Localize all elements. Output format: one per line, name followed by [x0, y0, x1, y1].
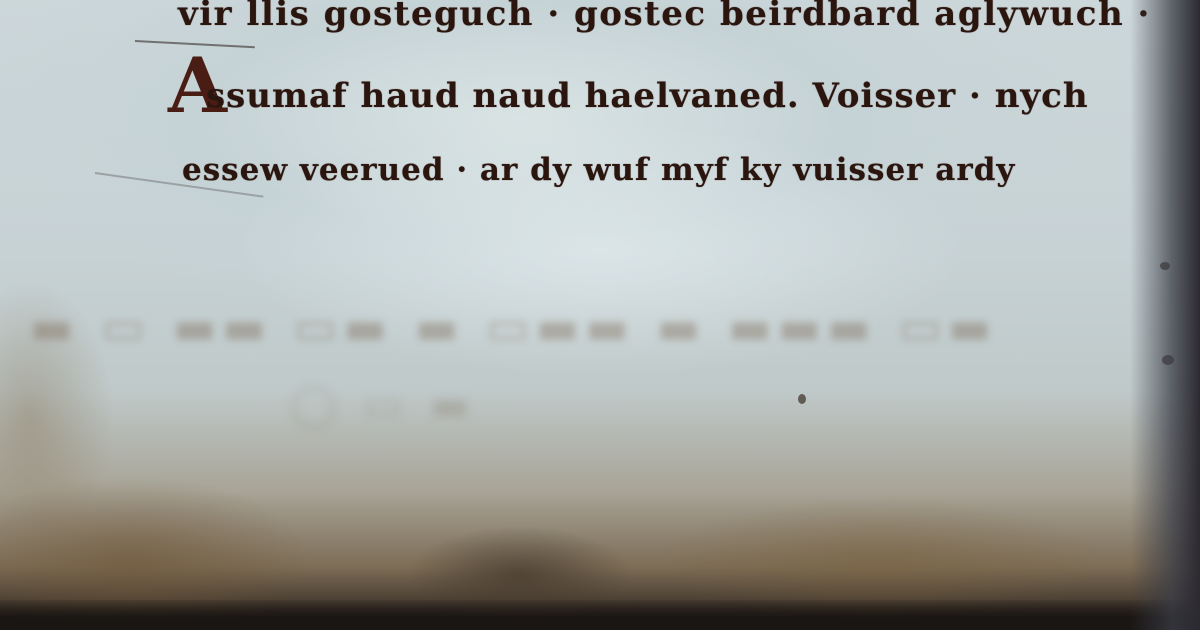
ink-spot — [1162, 355, 1174, 365]
manuscript-line-3: essew veerued · ar dy wuf myf ky vuisser… — [182, 152, 1015, 188]
manuscript-line-2: ssumaf haud naud haelvaned. Voisser · ny… — [206, 76, 1089, 116]
faded-erased-text-2: ◯ ▭ ▬ — [290, 380, 476, 429]
faded-erased-text: ▬ ▭ ▬▬ ▭▬ ▬ ▭▬▬ ▬ ▬▬▬ ▭▬ — [30, 300, 998, 354]
ink-spot — [1160, 262, 1170, 270]
ink-spot — [798, 394, 806, 404]
page-bottom-edge — [0, 600, 1200, 630]
manuscript-page: vir llis gosteguch · gostec beirdbard ag… — [0, 0, 1200, 630]
manuscript-line-1: vir llis gosteguch · gostec beirdbard ag… — [178, 0, 1151, 34]
